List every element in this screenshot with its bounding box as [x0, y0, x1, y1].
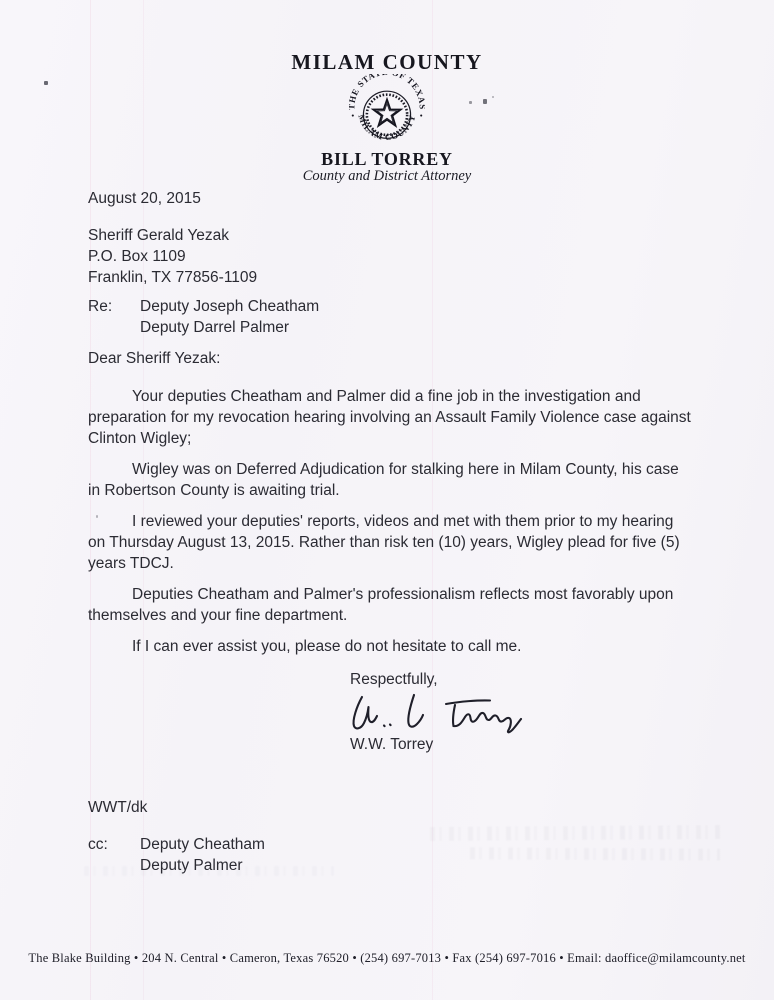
cc-block: cc: Deputy Cheatham Deputy Palmer: [88, 834, 265, 876]
re-label: Re:: [88, 296, 140, 338]
attorney-title: County and District Attorney: [0, 168, 774, 185]
letterhead-county-title: MILAM COUNTY: [0, 50, 774, 75]
letter-date: August 20, 2015: [88, 188, 694, 209]
paragraph: Wigley was on Deferred Adjudication for …: [88, 459, 694, 501]
re-block: Re: Deputy Joseph Cheatham Deputy Darrel…: [88, 296, 694, 338]
scan-speckle: [483, 99, 487, 104]
paragraph: Deputies Cheatham and Palmer's professio…: [88, 584, 694, 626]
county-seal-icon: THE STATE OF TEXAS MILAM COUNTY: [349, 74, 425, 154]
cc-label: cc:: [88, 834, 140, 876]
letter-paragraphs: Your deputies Cheatham and Palmer did a …: [88, 386, 694, 657]
signer-typed-name: W.W. Torrey: [350, 736, 433, 754]
scan-speckle: [44, 81, 48, 85]
reference-initials: WWT/dk: [88, 799, 147, 817]
re-subject-line: Deputy Darrel Palmer: [140, 317, 319, 338]
scan-speckle: [492, 96, 494, 98]
paragraph: I reviewed your deputies' reports, video…: [88, 511, 694, 574]
re-subjects: Deputy Joseph Cheatham Deputy Darrel Pal…: [140, 296, 319, 338]
closing-phrase: Respectfully,: [350, 671, 438, 689]
letterhead-footer: The Blake Building • 204 N. Central • Ca…: [0, 951, 774, 966]
texas-star-seal-icon: THE STATE OF TEXAS MILAM COUNTY: [349, 74, 425, 154]
cc-recipient-line: Deputy Cheatham: [140, 834, 265, 855]
cc-recipient-line: Deputy Palmer: [140, 855, 265, 876]
cc-recipients: Deputy Cheatham Deputy Palmer: [140, 834, 265, 876]
ink-bleed-through: [470, 847, 720, 860]
recipient-address-block: Sheriff Gerald Yezak P.O. Box 1109 Frank…: [88, 225, 694, 288]
recipient-address-line: P.O. Box 1109: [88, 246, 694, 267]
ink-bleed-through: [430, 825, 720, 841]
salutation: Dear Sheriff Yezak:: [88, 348, 694, 369]
letter-body: August 20, 2015 Sheriff Gerald Yezak P.O…: [88, 188, 694, 667]
paragraph: If I can ever assist you, please do not …: [88, 636, 694, 657]
paragraph: Your deputies Cheatham and Palmer did a …: [88, 386, 694, 449]
attorney-name: BILL TORREY: [0, 149, 774, 170]
scanned-letter-page: MILAM COUNTY THE STATE OF TEXAS MILAM CO…: [0, 0, 774, 1000]
scan-speckle: [469, 101, 472, 104]
re-subject-line: Deputy Joseph Cheatham: [140, 296, 319, 317]
recipient-name: Sheriff Gerald Yezak: [88, 225, 694, 246]
recipient-address-line: Franklin, TX 77856-1109: [88, 267, 694, 288]
